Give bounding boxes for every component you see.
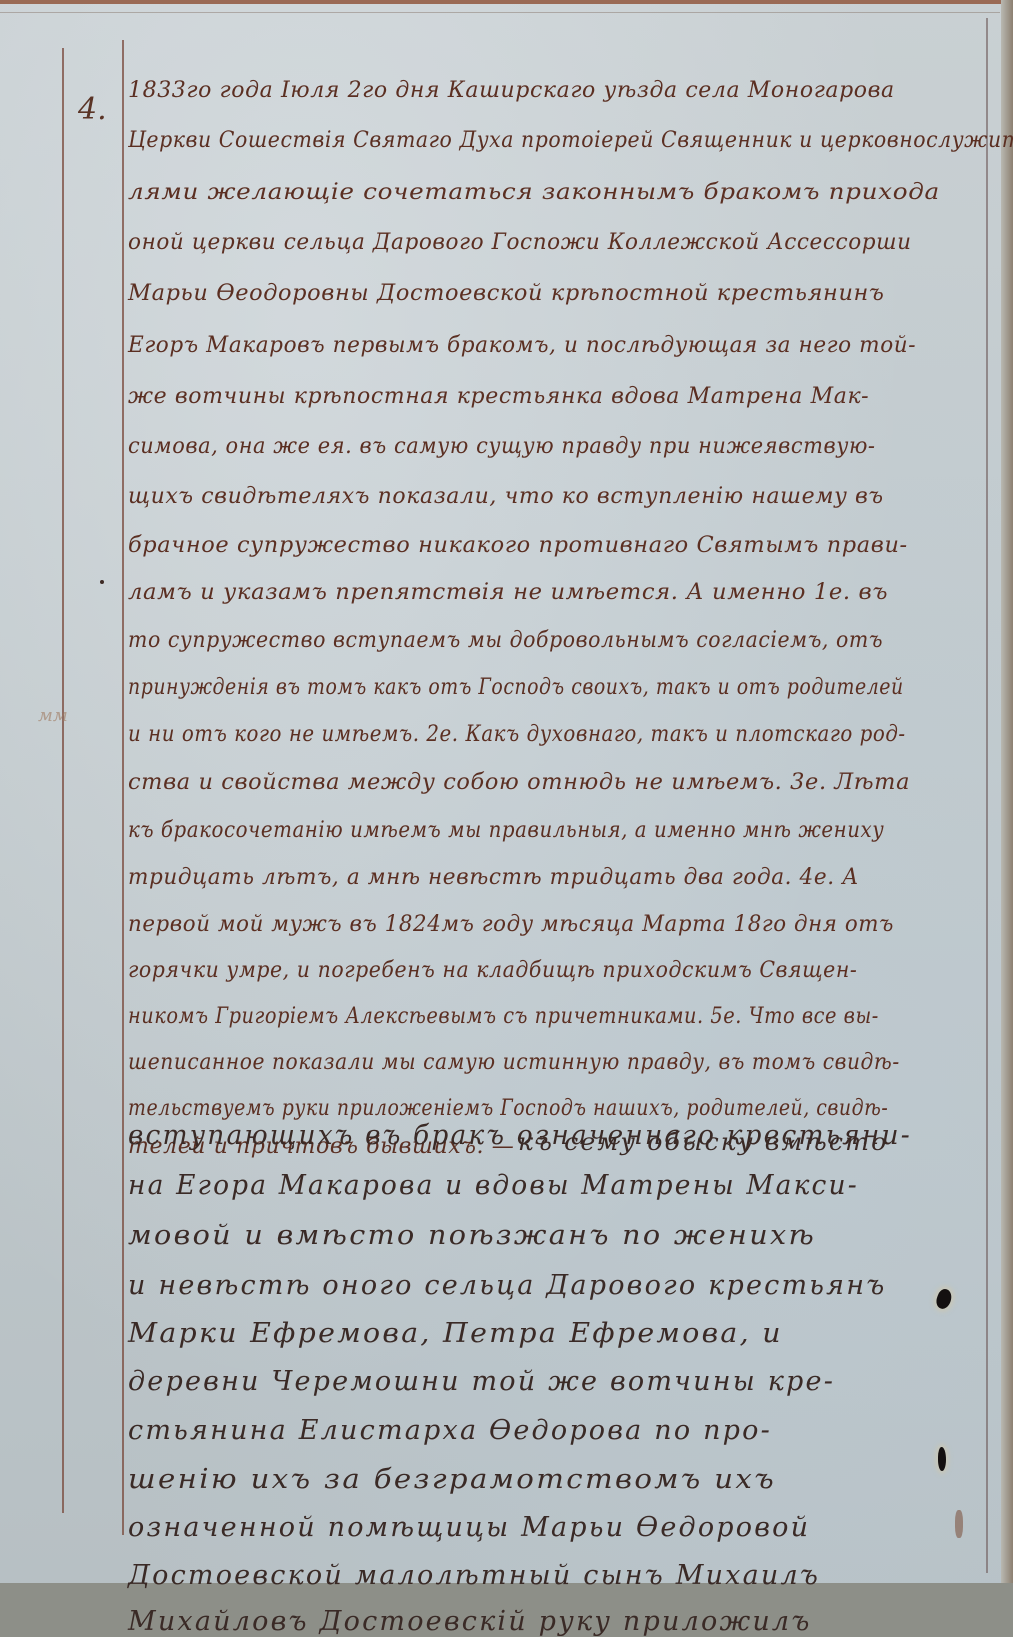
text-line: Егоръ Макаровъ первымъ бракомъ, и послѣд… <box>128 333 916 358</box>
margin-rule-inner <box>122 40 124 1535</box>
text-line: вступающихъ въ бракъ означеннаго крестья… <box>128 1120 912 1151</box>
text-line: къ бракосочетанію имѣемъ мы правильныя, … <box>128 818 884 843</box>
text-line: горячки умре, и погребенъ на кладбищѣ пр… <box>128 958 857 983</box>
text-line: мовой и вмѣсто поѣзжанъ по женихѣ <box>128 1220 816 1251</box>
text-line: шенію ихъ за безграмотствомъ ихъ <box>128 1464 776 1495</box>
text-line: на Егора Макарова и вдовы Матрены Макси- <box>128 1170 859 1201</box>
text-line: же вотчины крѣпостная крестьянка вдова М… <box>128 384 869 409</box>
page-right-edge <box>1001 0 1013 1583</box>
text-line: Церкви Сошествія Святаго Духа протоіерей… <box>128 128 1013 153</box>
text-line: то супружество вступаемъ мы добровольным… <box>128 628 883 653</box>
document-page: 4. мм 1833го года Іюля 2го дня Каширскаг… <box>0 0 1013 1583</box>
ink-stain <box>955 1510 963 1538</box>
paper-hole <box>934 1287 954 1311</box>
page-top-edge <box>0 0 1013 4</box>
text-line: ламъ и указамъ препятствія не имѣется. А… <box>128 580 888 605</box>
ink-dot <box>100 580 104 584</box>
text-line: и невѣстѣ оного сельца Дарового крестьян… <box>128 1270 886 1301</box>
text-line: стьянина Елистарха Ѳедорова по про- <box>128 1415 772 1446</box>
margin-rule-outer <box>62 48 64 1513</box>
entry-number: 4. <box>78 92 107 127</box>
margin-note: мм <box>38 705 68 726</box>
text-line: первой мой мужъ въ 1824мъ году мѣсяца Ма… <box>128 912 894 937</box>
text-line: означенной помѣщицы Марьи Ѳедоровой <box>128 1512 810 1543</box>
margin-rule-right <box>986 18 988 1573</box>
paper-hole <box>938 1447 946 1471</box>
text-line: Марки Ефремова, Петра Ефремова, и <box>128 1318 783 1349</box>
text-line: и ни отъ кого не имѣемъ. 2е. Какъ духовн… <box>128 722 906 747</box>
text-line: деревни Черемошни той же вотчины кре- <box>128 1366 835 1397</box>
top-rule-line <box>0 12 1000 13</box>
text-line: 1833го года Іюля 2го дня Каширскаго уѣзд… <box>128 78 895 103</box>
text-line: брачное супружество никакого противнаго … <box>128 533 908 558</box>
text-line: оной церкви сельца Дарового Госпожи Колл… <box>128 230 912 255</box>
text-line: тридцать лѣтъ, а мнѣ невѣстѣ тридцать дв… <box>128 865 859 890</box>
text-line: тельствуемъ руки приложеніемъ Господъ на… <box>128 1096 888 1121</box>
text-line: принужденія въ томъ какъ отъ Господъ сво… <box>128 675 904 700</box>
text-line: никомъ Григоріемъ Алексѣевымъ съ причетн… <box>128 1004 879 1029</box>
text-line: лями желающіе сочетаться законнымъ брако… <box>128 180 940 205</box>
text-line: симова, она же ея. въ самую сущую правду… <box>128 434 876 459</box>
text-line: Марьи Ѳеодоровны Достоевской крѣпостной … <box>128 281 884 306</box>
text-line: ства и свойства между собою отнюдь не им… <box>128 770 910 795</box>
text-line: Достоевской малолѣтный сынъ Михаилъ <box>128 1560 820 1583</box>
text-line: шеписанное показали мы самую истинную пр… <box>128 1050 900 1075</box>
text-line: щихъ свидѣтеляхъ показали, что ко вступл… <box>128 484 884 509</box>
